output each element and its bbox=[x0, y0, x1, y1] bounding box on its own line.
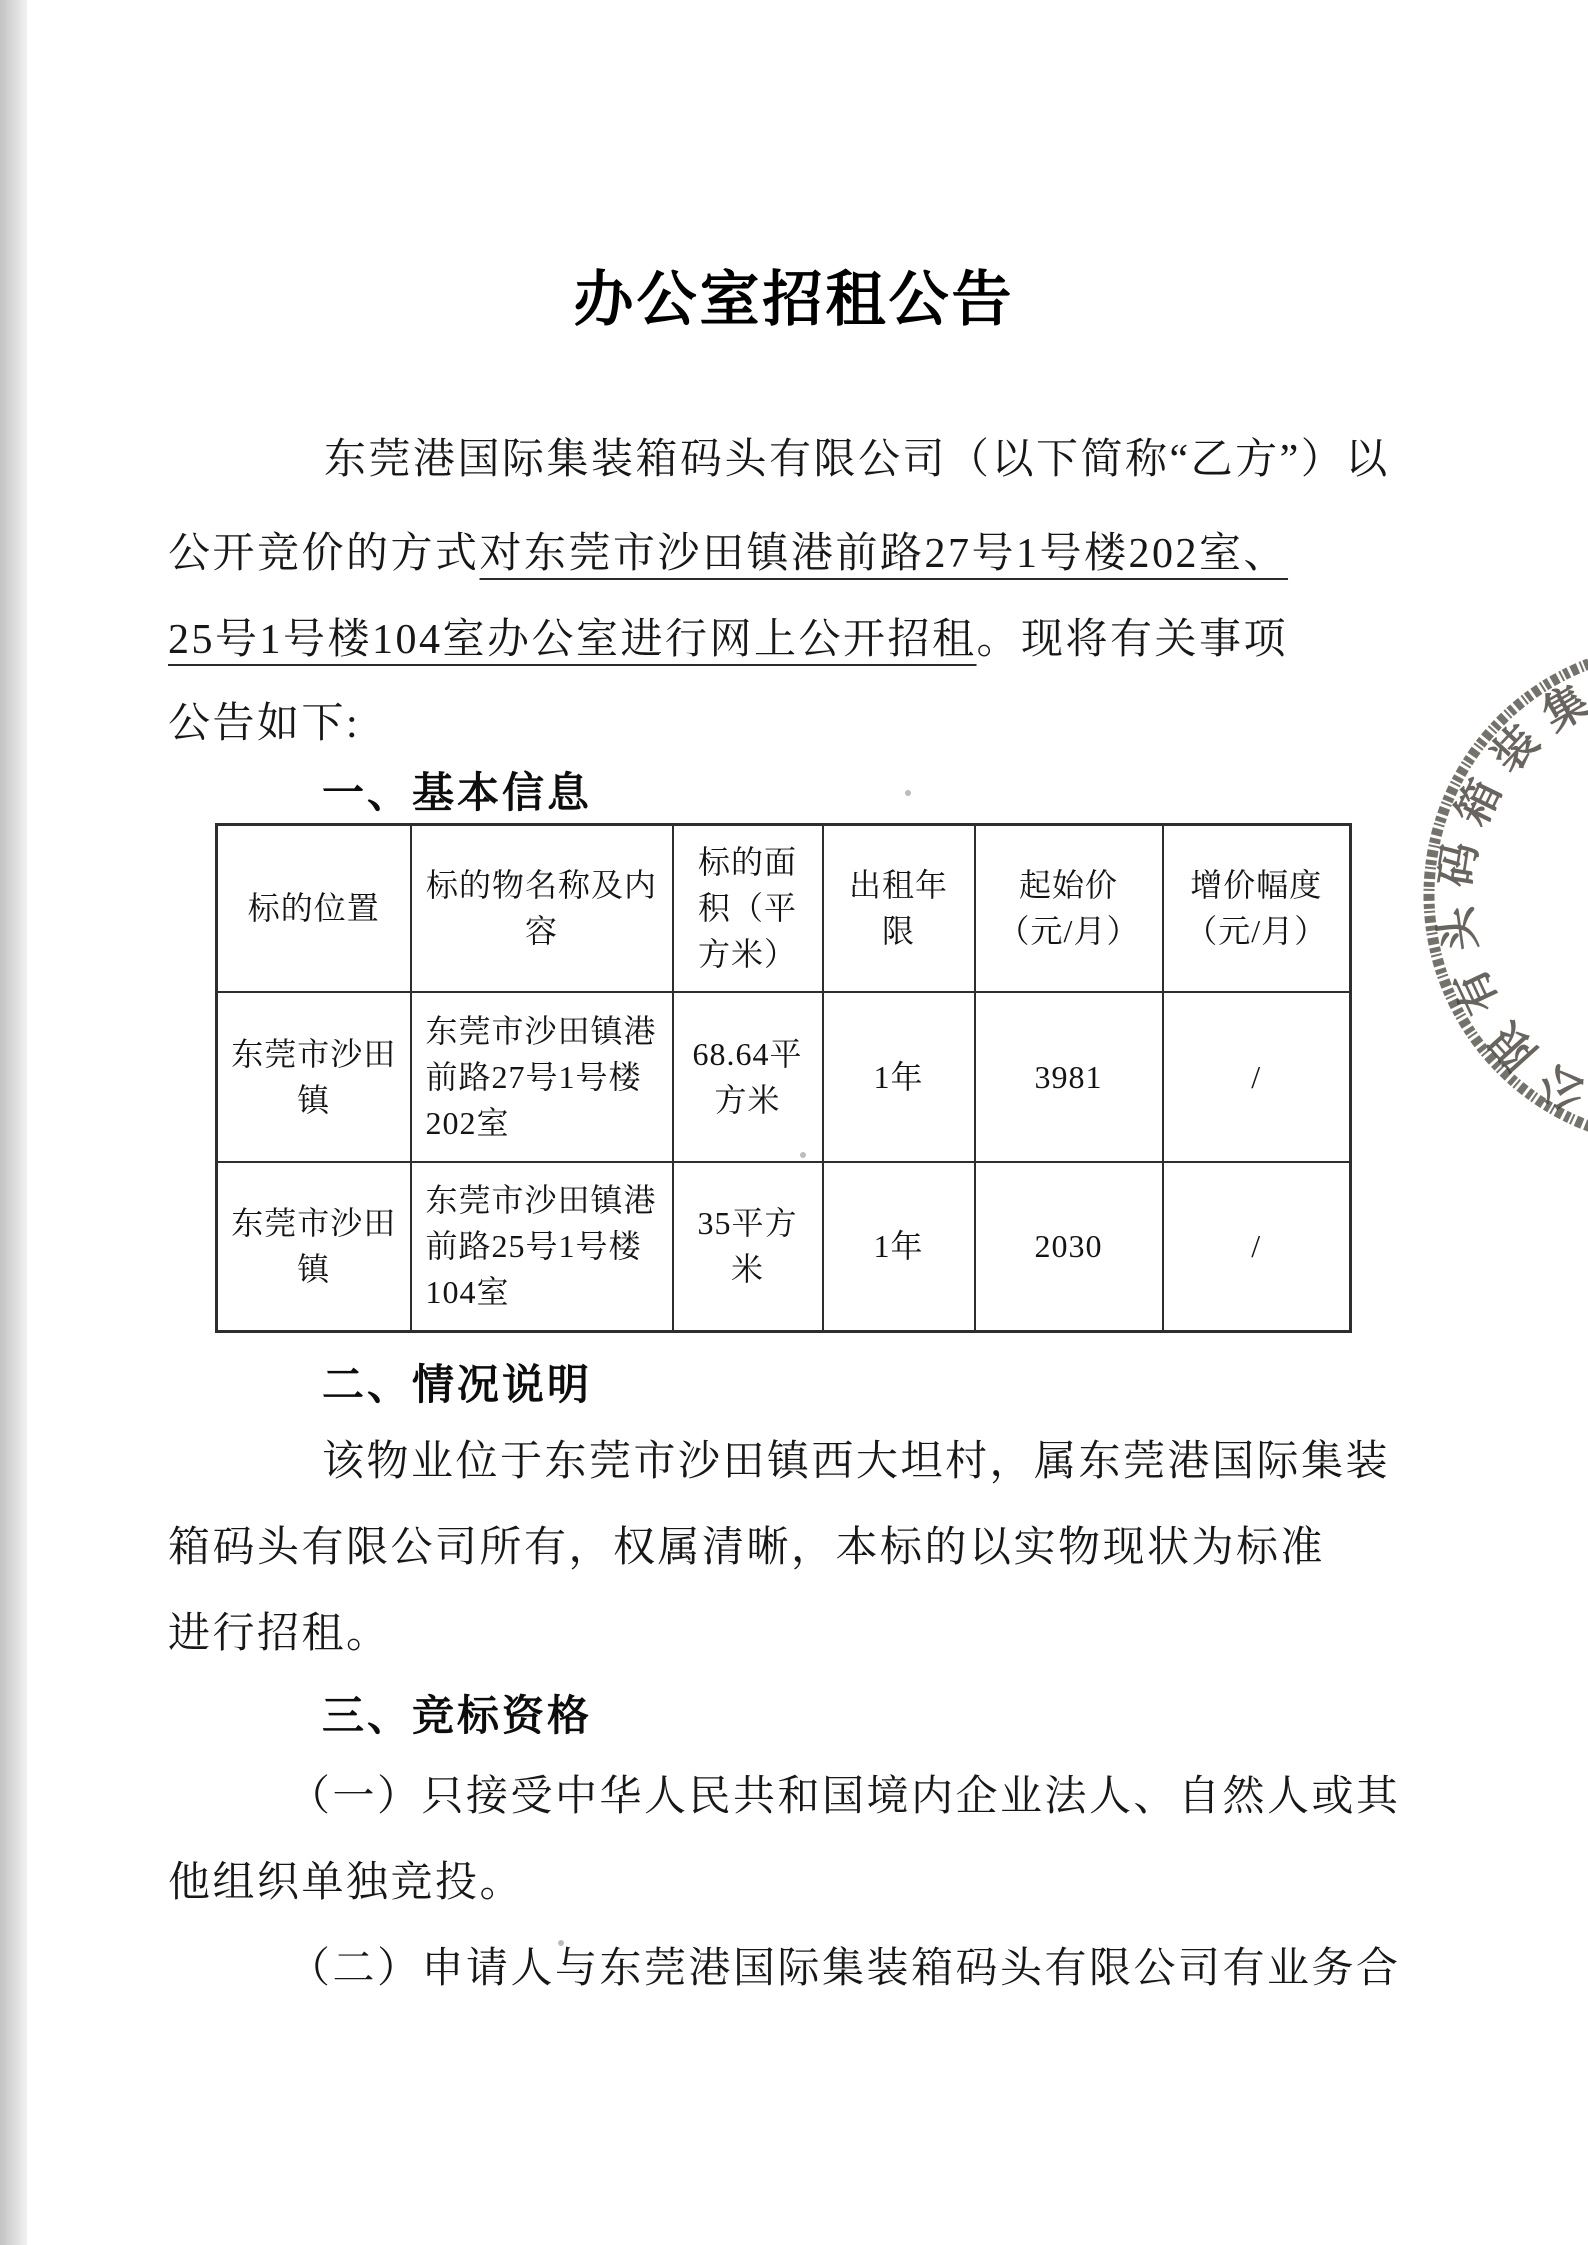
seal-char-ma: 码 bbox=[1431, 839, 1486, 890]
section-3-line-3: （二）申请人与东莞港国际集装箱码头有限公司有业务合 bbox=[288, 1935, 1401, 1995]
intro-line-3: 25号1号楼104室办公室进行网上公开招租。现将有关事项 bbox=[168, 606, 1288, 666]
intro-line-1-text: 东莞港国际集装箱码头有限公司（以下简称“乙方”）以 bbox=[324, 437, 1390, 483]
scan-speck bbox=[558, 1940, 564, 1946]
table-header-row: 标的位置 标的物名称及内容 标的面积（平方米） 出租年限 起始价（元/月） 增价… bbox=[217, 825, 1351, 992]
section-2-line-3: 进行招租。 bbox=[168, 1600, 391, 1660]
document-title: 办公室招租公告 bbox=[0, 252, 1588, 338]
section-1-heading: 一、基本信息 bbox=[322, 760, 592, 820]
cell-r2-area: 35平方米 bbox=[673, 1162, 823, 1332]
seal-char-zhuang: 装 bbox=[1482, 716, 1548, 782]
section-2-heading: 二、情况说明 bbox=[322, 1352, 592, 1412]
intro-line-3-plain: 。现将有关事项 bbox=[977, 617, 1289, 663]
section-2-line-1: 该物业位于东莞市沙田镇西大坦村，属东莞港国际集装 bbox=[322, 1428, 1390, 1488]
cell-r1-name: 东莞市沙田镇港前路27号1号楼202室 bbox=[411, 992, 673, 1162]
seal-char-gong: 公 bbox=[1531, 1055, 1588, 1120]
cell-r1-term: 1年 bbox=[823, 992, 975, 1162]
basic-info-table: 标的位置 标的物名称及内容 标的面积（平方米） 出租年限 起始价（元/月） 增价… bbox=[215, 823, 1352, 1333]
seal-char-xian: 限 bbox=[1480, 1013, 1546, 1078]
table-row: 东莞市沙田镇 东莞市沙田镇港前路25号1号楼104室 35平方米 1年 2030… bbox=[217, 1162, 1351, 1332]
document-page: 办公室招租公告 东莞港国际集装箱码头有限公司（以下简称“乙方”）以 公开竞价的方… bbox=[0, 0, 1588, 2245]
seal-char-tou: 头 bbox=[1431, 903, 1486, 954]
scan-speck bbox=[905, 790, 911, 796]
header-cell-area: 标的面积（平方米） bbox=[673, 825, 823, 992]
cell-r2-name: 东莞市沙田镇港前路25号1号楼104室 bbox=[411, 1162, 673, 1332]
cell-r2-starting-price: 2030 bbox=[975, 1162, 1163, 1332]
table-row: 东莞市沙田镇 东莞市沙田镇港前路27号1号楼202室 68.64平方米 1年 3… bbox=[217, 992, 1351, 1162]
intro-line-2-underlined: 对东莞市沙田镇港前路27号1号楼202室、 bbox=[480, 531, 1289, 577]
intro-line-1: 东莞港国际集装箱码头有限公司（以下简称“乙方”）以 bbox=[324, 426, 1390, 486]
cell-r2-location: 东莞市沙田镇 bbox=[217, 1162, 411, 1332]
intro-line-2-plain: 公开竞价的方式 bbox=[168, 531, 480, 577]
header-cell-increment: 增价幅度（元/月） bbox=[1163, 825, 1351, 992]
section-3-line-1: （一）只接受中华人民共和国境内企业法人、自然人或其 bbox=[288, 1763, 1401, 1823]
scan-speck bbox=[800, 1152, 806, 1158]
company-seal-stamp: 集 装 箱 码 头 有 限 公 bbox=[1380, 560, 1588, 1200]
cell-r1-area: 68.64平方米 bbox=[673, 992, 823, 1162]
header-cell-name: 标的物名称及内容 bbox=[411, 825, 673, 992]
cell-r1-starting-price: 3981 bbox=[975, 992, 1163, 1162]
section-2-line-2: 箱码头有限公司所有，权属清晰，本标的以实物现状为标准 bbox=[168, 1514, 1325, 1574]
section-3-heading: 三、竞标资格 bbox=[322, 1683, 592, 1743]
header-cell-starting-price: 起始价（元/月） bbox=[975, 825, 1163, 992]
cell-r2-increment: / bbox=[1163, 1162, 1351, 1332]
intro-line-4: 公告如下: bbox=[168, 690, 360, 750]
header-cell-location: 标的位置 bbox=[217, 825, 411, 992]
cell-r1-location: 东莞市沙田镇 bbox=[217, 992, 411, 1162]
cell-r2-term: 1年 bbox=[823, 1162, 975, 1332]
intro-line-2: 公开竞价的方式对东莞市沙田镇港前路27号1号楼202室、 bbox=[168, 520, 1288, 580]
intro-line-3-underlined: 25号1号楼104室办公室进行网上公开招租 bbox=[168, 617, 977, 663]
seal-char-xiang: 箱 bbox=[1447, 772, 1510, 833]
header-cell-term: 出租年限 bbox=[823, 825, 975, 992]
section-3-line-2: 他组织单独竞投。 bbox=[168, 1849, 524, 1909]
cell-r1-increment: / bbox=[1163, 992, 1351, 1162]
intro-line-4-text: 公告如下: bbox=[168, 701, 360, 747]
